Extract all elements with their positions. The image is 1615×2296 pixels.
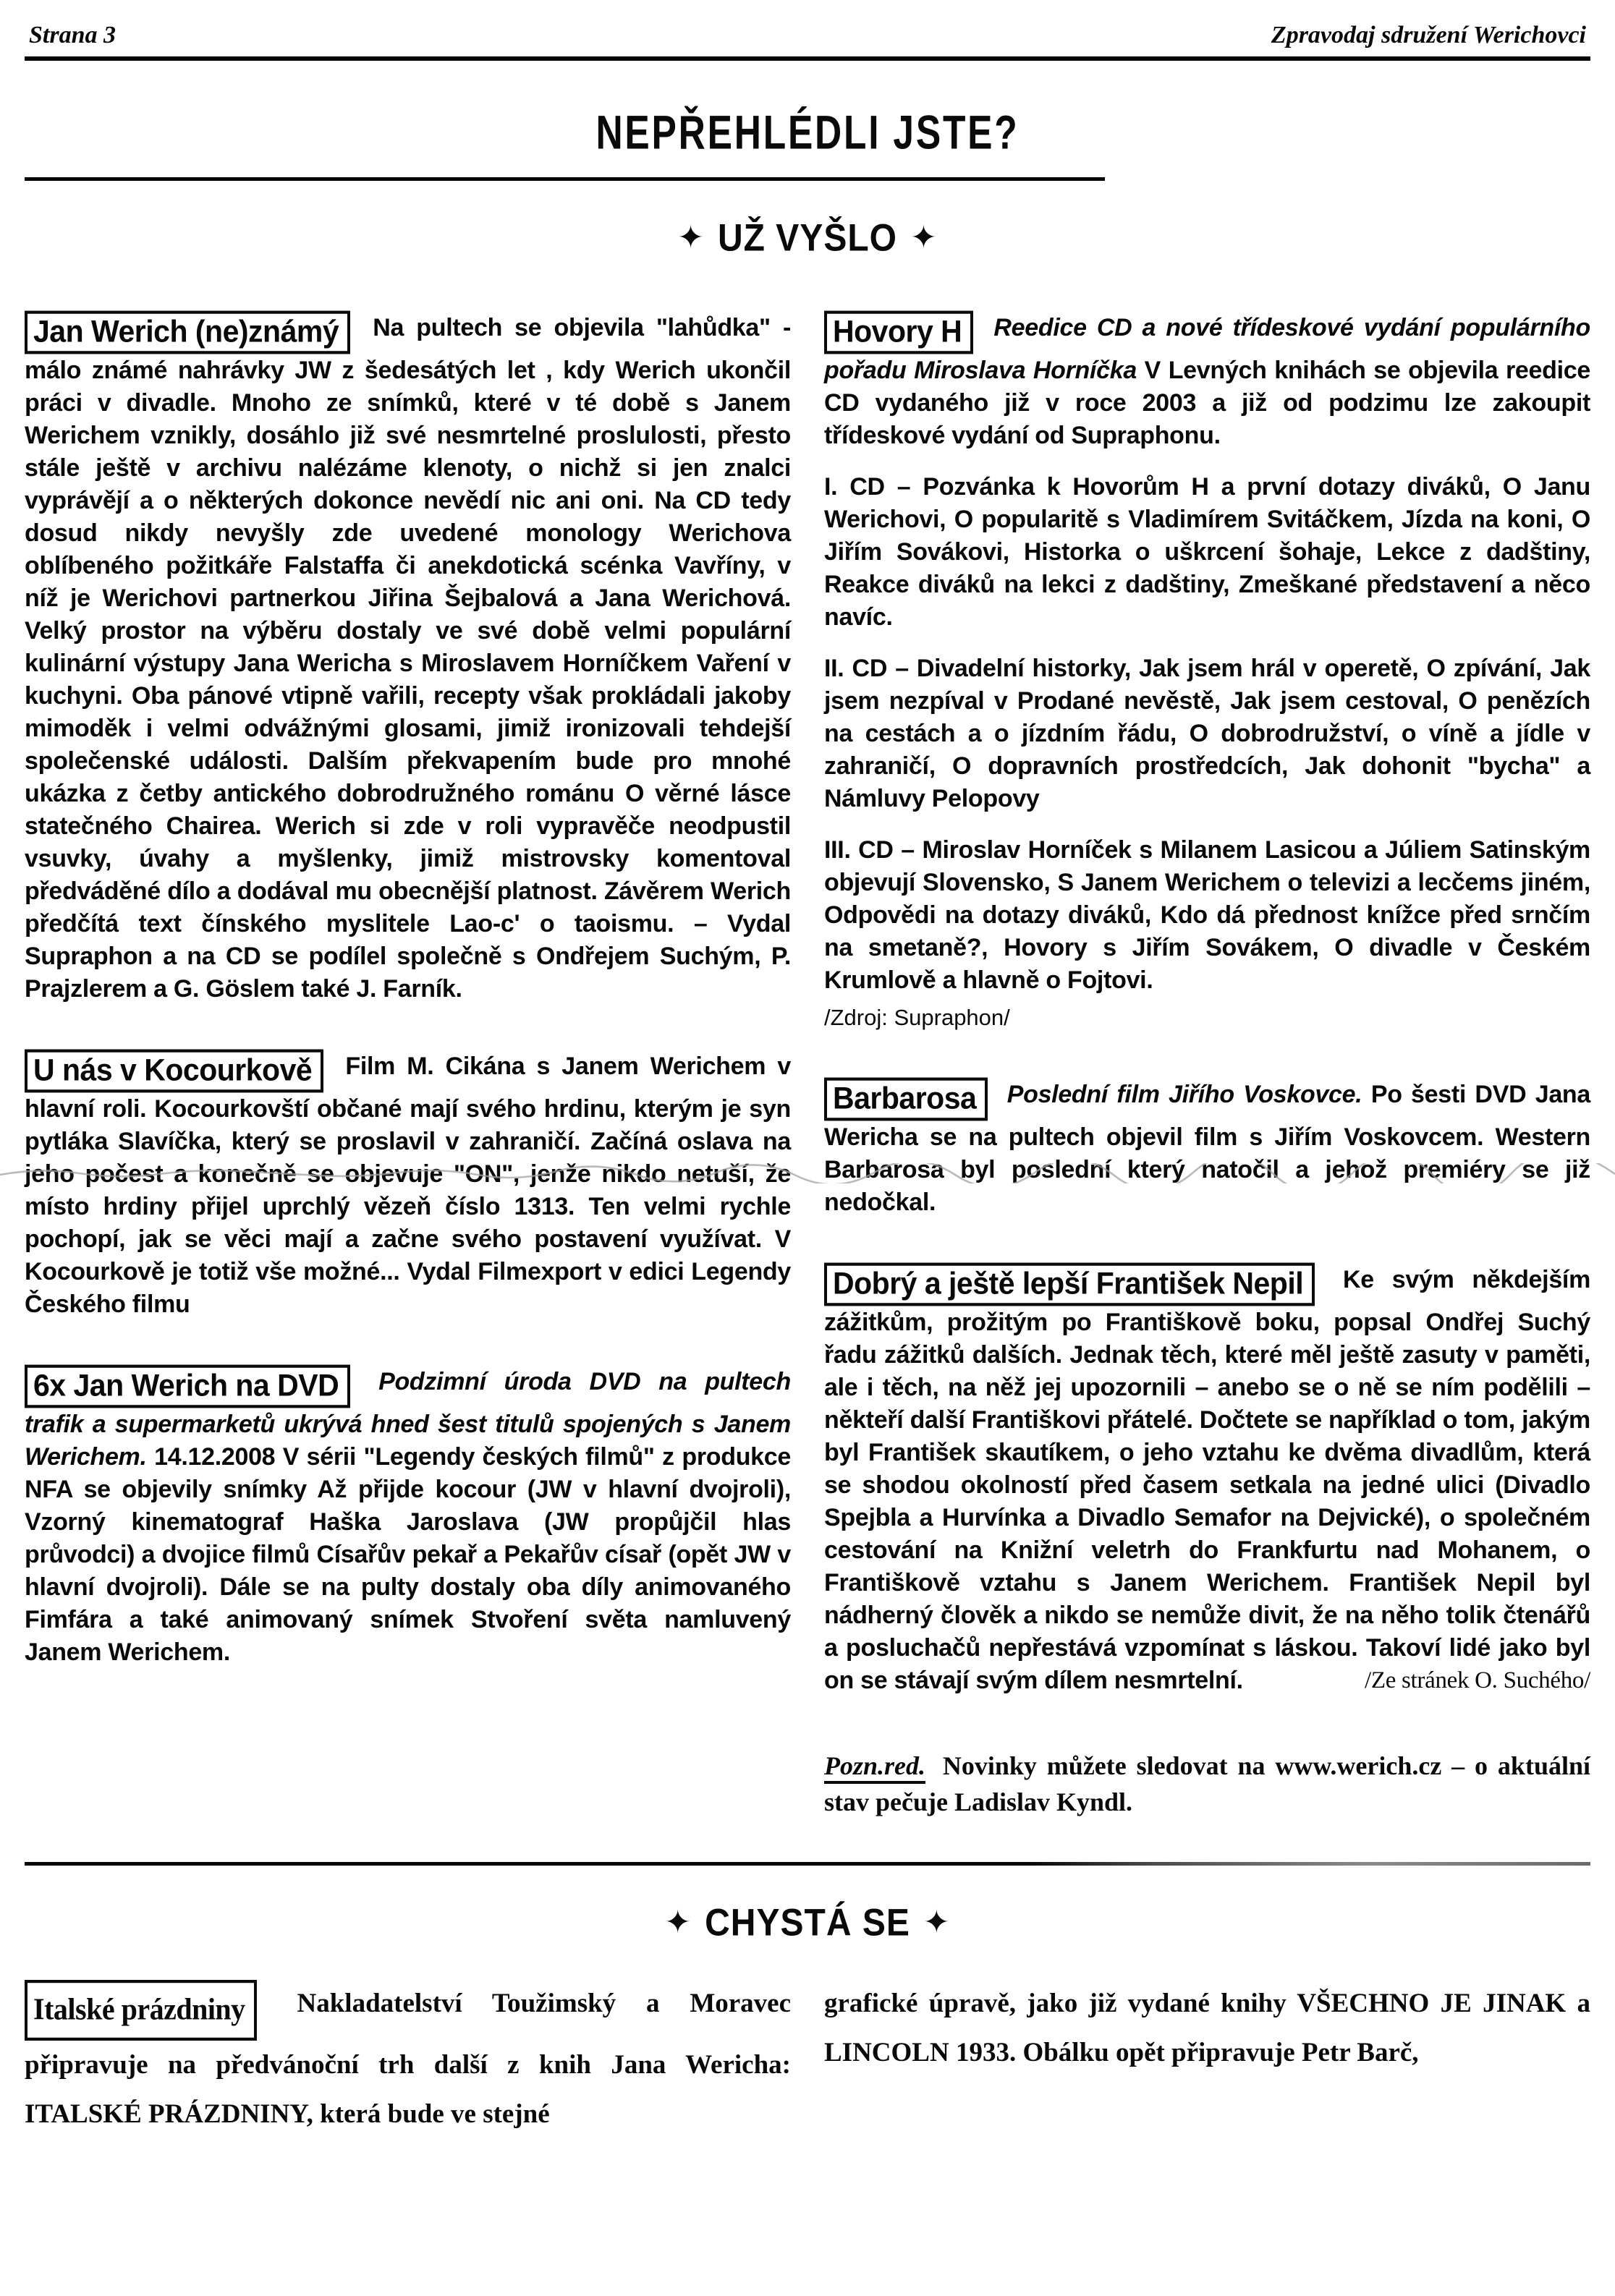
- section-head-upcoming: ✦CHYSTÁ SE✦: [25, 1903, 1590, 1943]
- cd2-paragraph: II. CD – Divadelní historky, Jak jsem hr…: [824, 652, 1590, 815]
- right-column: Hovory H Reedice CD a nové třídeskové vy…: [824, 312, 1590, 1820]
- left-column: Jan Werich (ne)známý Na pultech se objev…: [25, 312, 791, 1820]
- article-jan-werich-neznamy: Jan Werich (ne)známý Na pultech se objev…: [25, 312, 791, 1005]
- title-rule: [25, 177, 1105, 181]
- article-body: 14.12.2008 V sérii "Legendy českých film…: [25, 1443, 791, 1666]
- editor-note: Pozn.red. Novinky můžete sledovat na www…: [824, 1748, 1590, 1820]
- bottom-right-column: grafické úpravě, jako již vydané knihy V…: [824, 1979, 1590, 2139]
- newsletter-title: Zpravodaj sdružení Werichovci: [1271, 22, 1586, 49]
- header-rule: [25, 56, 1590, 61]
- article-hovory-h: Hovory H Reedice CD a nové třídeskové vy…: [824, 312, 1590, 1034]
- article-frantisek-nepil: Dobrý a ještě lepší František Nepil Ke s…: [824, 1264, 1590, 1697]
- bottom-left-column: Italské prázdniny Nakladatelství Toužims…: [25, 1979, 791, 2139]
- four-pointed-star-icon: ✦: [651, 1905, 705, 1940]
- main-columns: Jan Werich (ne)známý Na pultech se objev…: [25, 312, 1590, 1820]
- editor-note-label: Pozn.red.: [824, 1751, 925, 1784]
- four-pointed-star-icon: ✦: [664, 220, 718, 255]
- article-body: Na pultech se objevila "lahůdka" - málo …: [25, 314, 791, 1003]
- article-heading-box: 6x Jan Werich na DVD: [25, 1365, 350, 1408]
- section-divider-rule: [25, 1862, 1590, 1866]
- article-italske-continuation: grafické úpravě, jako již vydané knihy V…: [824, 1979, 1590, 2078]
- article-heading-box: Jan Werich (ne)známý: [25, 311, 350, 354]
- scan-crease-artifact: [0, 1163, 1615, 1183]
- article-heading-box: Hovory H: [824, 311, 973, 354]
- page-number-label: Strana 3: [29, 22, 116, 49]
- article-heading-box: U nás v Kocourkově: [25, 1050, 323, 1093]
- article-heading-box: Dobrý a ještě lepší František Nepil: [824, 1263, 1315, 1306]
- article-italske-prazdniny: Italské prázdniny Nakladatelství Toužims…: [25, 1979, 791, 2139]
- masthead: Strana 3 Zpravodaj sdružení Werichovci: [25, 22, 1590, 56]
- article-body: Ke svým někdejším zážitkům, prožitým po …: [824, 1266, 1590, 1694]
- article-u-nas-v-kocourkove: U nás v Kocourkově Film M. Cikána s Jane…: [25, 1050, 791, 1321]
- article-body: grafické úpravě, jako již vydané knihy V…: [824, 1979, 1590, 2078]
- section-label: UŽ VYŠLO: [718, 216, 897, 260]
- section-head-published: ✦UŽ VYŠLO✦: [25, 218, 1590, 258]
- article-lead: Poslední film Jiřího Voskovce.: [1007, 1081, 1362, 1108]
- source-credit: /Zdroj: Supraphon/: [824, 1001, 1590, 1034]
- article-6x-jan-werich-na-dvd: 6x Jan Werich na DVD Podzimní úroda DVD …: [25, 1366, 791, 1669]
- section-label: CHYSTÁ SE: [705, 1901, 910, 1945]
- article-barbarosa: Barbarosa Poslední film Jiřího Voskovce.…: [824, 1079, 1590, 1219]
- four-pointed-star-icon: ✦: [910, 1905, 964, 1940]
- page-title: NEPŘEHLÉDLI JSTE?: [25, 109, 1590, 156]
- newsletter-page: Strana 3 Zpravodaj sdružení Werichovci N…: [0, 0, 1615, 2296]
- article-heading-box: Barbarosa: [824, 1078, 988, 1121]
- four-pointed-star-icon: ✦: [897, 220, 951, 255]
- article-heading-box: Italské prázdniny: [25, 1980, 257, 2041]
- editor-note-text: Novinky můžete sledovat na www.werich.cz…: [824, 1751, 1590, 1816]
- cd1-paragraph: I. CD – Pozvánka k Hovorům H a první dot…: [824, 471, 1590, 634]
- bottom-columns: Italské prázdniny Nakladatelství Toužims…: [25, 1979, 1590, 2139]
- cd3-paragraph: III. CD – Miroslav Horníček s Milanem La…: [824, 834, 1590, 997]
